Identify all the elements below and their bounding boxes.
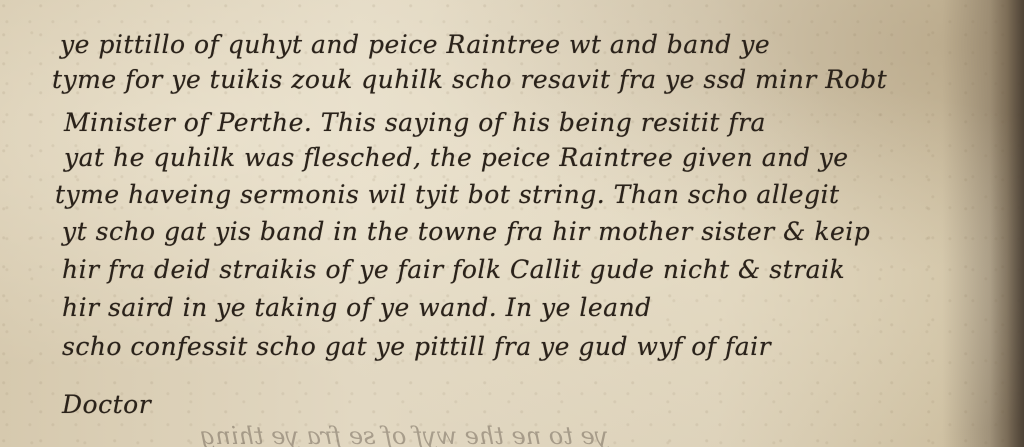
manuscript-text-block: ye pittillo of quhyt and peice Raintree … xyxy=(0,0,1024,447)
manuscript-line-8: hir saird in ye taking of ye wand. In ye… xyxy=(62,293,652,322)
manuscript-line-7: hir fra deid straikis of ye fair folk Ca… xyxy=(62,255,845,284)
manuscript-line-5: tyme haveing sermonis wil tyit bot strin… xyxy=(55,180,840,209)
manuscript-line-3: Minister of Perthe. This saying of his b… xyxy=(64,108,766,137)
bleed-through-text: ye to ne the wyf of se fra ye thing xyxy=(200,422,608,447)
manuscript-line-6: yt scho gat yis band in the towne fra hi… xyxy=(62,217,870,246)
manuscript-line-2: tyme for ye tuikis zouk quhilk scho resa… xyxy=(52,65,887,94)
manuscript-line-10: Doctor xyxy=(62,390,151,419)
manuscript-page: ye pittillo of quhyt and peice Raintree … xyxy=(0,0,1024,447)
manuscript-line-1: ye pittillo of quhyt and peice Raintree … xyxy=(60,30,770,59)
manuscript-line-9: scho confessit scho gat ye pittill fra y… xyxy=(62,332,771,361)
manuscript-line-4: yat he quhilk was flesched, the peice Ra… xyxy=(64,143,849,172)
page-edge-shadow xyxy=(990,0,1024,447)
